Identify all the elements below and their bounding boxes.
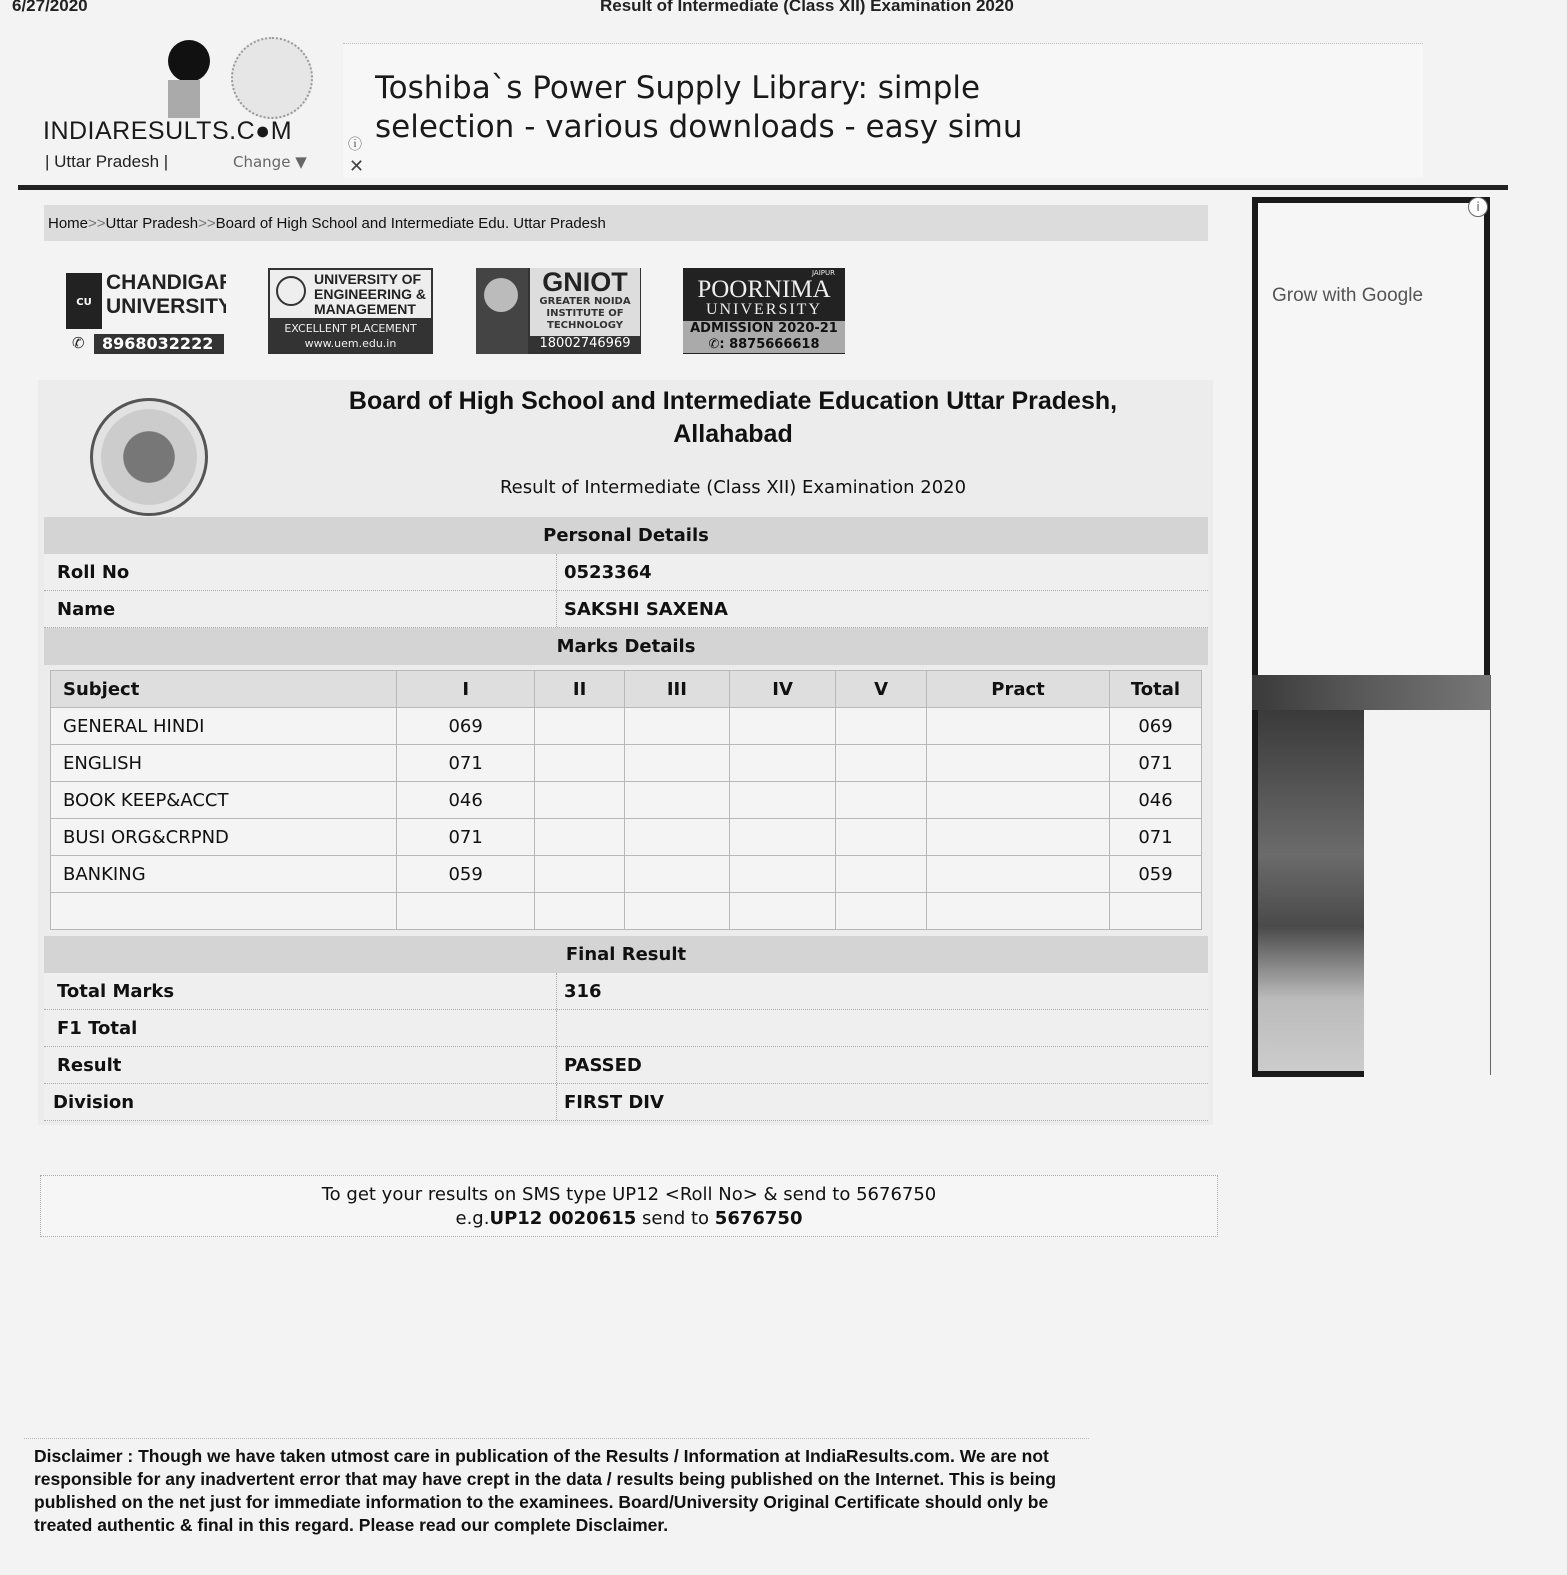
total-marks-value: 316 [564,981,602,1002]
ad-line-1: Toshiba`s Power Supply Library: simple [375,69,1055,108]
marks-cell [535,893,625,930]
subject-cell: GENERAL HINDI [51,708,397,745]
roll-no-row: Roll No 0523364 [44,554,1208,591]
col-subject: Subject [51,671,397,708]
board-title: Board of High School and Intermediate Ed… [278,385,1188,451]
print-header: 6/27/2020 Result of Intermediate (Class … [0,0,1567,20]
marks-row: GENERAL HINDI069069 [51,708,1202,745]
logo-person-body [168,80,200,118]
total-cell: 071 [1110,745,1202,782]
marks-cell [927,856,1110,893]
side-ad-image [1252,710,1364,1077]
total-cell [1110,893,1202,930]
uem-tagline: EXCELLENT PLACEMENT [270,321,431,336]
gniot-name-panel: GNIOT GREATER NOIDA INSTITUTE OF TECHNOL… [530,268,640,336]
ad-line-2: selection - various downloads - easy sim… [375,108,1055,147]
marks-cell [927,893,1110,930]
division-row: Division FIRST DIV [44,1084,1208,1121]
total-cell: 071 [1110,819,1202,856]
uem-line-2: ENGINEERING & [314,287,426,302]
print-title: Result of Intermediate (Class XII) Exami… [600,0,1014,16]
board-title-line-1: Board of High School and Intermediate Ed… [278,385,1188,418]
row-divider [556,591,557,627]
marks-row: ENGLISH071071 [51,745,1202,782]
marks-cell: 071 [397,745,535,782]
sms-example-code: UP12 0020615 [489,1208,636,1229]
marks-cell [927,819,1110,856]
marks-cell [535,745,625,782]
print-date: 6/27/2020 [12,0,88,16]
marks-cell [927,782,1110,819]
uem-band: EXCELLENT PLACEMENT www.uem.edu.in [270,318,431,352]
breadcrumb-home[interactable]: Home [48,215,88,232]
roll-no-value: 0523364 [564,562,652,583]
marks-cell [624,893,729,930]
row-divider [556,1047,557,1083]
col-paper-4: IV [729,671,835,708]
uem-logo-icon [276,276,306,306]
site-header: INDIARESULTS.C●M | Uttar Pradesh | Chang… [18,35,1508,190]
marks-row: BANKING059059 [51,856,1202,893]
total-cell: 059 [1110,856,1202,893]
subject-cell: BUSI ORG&CRPND [51,819,397,856]
total-marks-label: Total Marks [57,981,174,1002]
sponsor-uem[interactable]: UNIVERSITY OF ENGINEERING & MANAGEMENT E… [268,268,433,354]
side-ad-frame [1252,197,1490,710]
disclaimer-link[interactable]: Disclaimer. [576,1515,668,1535]
breadcrumb-separator: >> [198,215,216,232]
marks-cell [624,745,729,782]
change-region-button[interactable]: Change ▼ [233,153,307,171]
disclaimer: Disclaimer : Though we have taken utmost… [24,1438,1089,1546]
marks-cell [836,819,927,856]
marks-cell [624,856,729,893]
gniot-phone: 18002746969 [530,336,640,351]
col-practical: Pract [927,671,1110,708]
marks-cell: 046 [397,782,535,819]
up-map-icon [231,37,313,119]
uem-line-1: UNIVERSITY OF [314,272,426,287]
f1-total-row: F1 Total [44,1010,1208,1047]
marks-cell [729,856,835,893]
poornima-admission-text: ADMISSION 2020-21 [683,321,845,337]
sponsor-poornima[interactable]: JAIPUR POORNIMA UNIVERSITY ADMISSION 202… [683,268,845,354]
marks-cell [535,856,625,893]
side-ad-info-icon[interactable]: i [1468,197,1488,217]
phone-icon: ✆ [72,334,85,352]
side-ad[interactable]: Grow with Google i [1252,197,1490,1077]
sms-info-box: To get your results on SMS type UP12 <Ro… [40,1175,1218,1237]
side-ad-image-strip [1252,675,1490,710]
gniot-emblem-icon [484,278,518,312]
cu-line-1: CHANDIGARH [106,271,226,295]
result-card: Board of High School and Intermediate Ed… [38,380,1213,1125]
division-label: Division [53,1092,134,1113]
poornima-phone: ✆: 8875666618 [683,337,845,353]
marks-cell [927,745,1110,782]
marks-cell [836,893,927,930]
roll-no-label: Roll No [57,562,129,583]
gniot-line-3: TECHNOLOGY [530,320,640,332]
marks-cell [836,782,927,819]
marks-cell: 071 [397,819,535,856]
total-cell: 069 [1110,708,1202,745]
ad-text[interactable]: Toshiba`s Power Supply Library: simple s… [375,69,1055,147]
marks-cell [624,708,729,745]
marks-cell [535,819,625,856]
exam-title: Result of Intermediate (Class XII) Exami… [278,477,1188,498]
subject-cell [51,893,397,930]
sms-example-mid: send to [636,1208,715,1229]
marks-cell [397,893,535,930]
marks-row: BOOK KEEP&ACCT046046 [51,782,1202,819]
marks-cell [729,819,835,856]
sms-example-number: 5676750 [715,1208,803,1229]
marks-cell [535,782,625,819]
breadcrumb-state[interactable]: Uttar Pradesh [106,215,199,232]
sms-example-prefix: e.g. [456,1208,490,1229]
poornima-name: POORNIMA [683,278,845,302]
marks-cell [535,708,625,745]
marks-cell [927,708,1110,745]
marks-details-heading: Marks Details [44,628,1208,665]
result-value: PASSED [564,1055,642,1076]
region-label: | Uttar Pradesh | [45,152,168,172]
marks-cell [729,893,835,930]
name-label: Name [57,599,115,620]
row-divider [556,1010,557,1046]
total-marks-row: Total Marks 316 [44,973,1208,1010]
gniot-line-2: INSTITUTE OF [530,308,640,320]
cu-name: CHANDIGARH UNIVERSITY [106,271,226,319]
poornima-admission: ADMISSION 2020-21 ✆: 8875666618 [683,321,845,353]
row-divider [556,554,557,590]
poornima-univ: UNIVERSITY [683,302,845,318]
personal-details-heading: Personal Details [44,517,1208,554]
col-paper-2: II [535,671,625,708]
uem-name: UNIVERSITY OF ENGINEERING & MANAGEMENT [314,272,426,317]
marks-cell: 069 [397,708,535,745]
col-total: Total [1110,671,1202,708]
marks-cell [624,782,729,819]
marks-cell [836,745,927,782]
subject-cell: BOOK KEEP&ACCT [51,782,397,819]
result-label: Result [57,1055,121,1076]
f1-total-label: F1 Total [57,1018,137,1039]
marks-header-row: Subject I II III IV V Pract Total [51,671,1202,708]
breadcrumb-board[interactable]: Board of High School and Intermediate Ed… [216,215,606,232]
breadcrumb-separator: >> [88,215,106,232]
cu-line-2: UNIVERSITY [106,295,226,319]
marks-table: Subject I II III IV V Pract Total GENERA… [50,670,1202,930]
board-title-line-2: Allahabad [278,418,1188,451]
col-paper-3: III [624,671,729,708]
sponsor-banners: CU CHANDIGARH UNIVERSITY ✆ 8968032222 UN… [66,268,866,358]
sms-line-1: To get your results on SMS type UP12 <Ro… [41,1183,1217,1207]
logo-person-icon [168,40,210,82]
uem-url: www.uem.edu.in [270,336,431,351]
uem-line-3: MANAGEMENT [314,302,426,317]
sms-line-2: e.g.UP12 0020615 send to 5676750 [41,1207,1217,1231]
breadcrumb: Home>>Uttar Pradesh>>Board of High Schoo… [44,205,1208,241]
result-row: Result PASSED [44,1047,1208,1084]
final-result-heading: Final Result [44,936,1208,973]
division-value: FIRST DIV [564,1092,664,1113]
row-divider [556,1084,557,1120]
sponsor-gniot[interactable]: GNIOT GREATER NOIDA INSTITUTE OF TECHNOL… [476,268,641,354]
side-ad-border [1490,675,1491,1075]
marks-row: BUSI ORG&CRPND071071 [51,819,1202,856]
ad-info-icon[interactable]: ⓘ [348,134,362,154]
marks-cell: 059 [397,856,535,893]
total-cell: 046 [1110,782,1202,819]
marks-row [51,893,1202,930]
cu-logo: CU [66,273,102,329]
top-ad-banner[interactable]: Toshiba`s Power Supply Library: simple s… [343,43,1423,178]
gniot-title: GNIOT [530,268,640,296]
gniot-line-1: GREATER NOIDA [530,296,640,308]
row-divider [556,973,557,1009]
marks-cell [624,819,729,856]
marks-cell [729,745,835,782]
col-paper-1: I [397,671,535,708]
marks-cell [836,708,927,745]
col-paper-5: V [836,671,927,708]
up-board-emblem-icon [90,398,208,516]
marks-cell [729,782,835,819]
disclaimer-text: Disclaimer : Though we have taken utmost… [34,1446,1056,1535]
marks-cell [836,856,927,893]
side-ad-text[interactable]: Grow with Google [1272,285,1423,307]
site-logo[interactable]: INDIARESULTS.C●M | Uttar Pradesh | Chang… [43,35,323,185]
marks-cell [729,708,835,745]
subject-cell: BANKING [51,856,397,893]
cu-phone: 8968032222 [94,334,224,354]
sponsor-chandigarh-university[interactable]: CU CHANDIGARH UNIVERSITY ✆ 8968032222 [66,268,226,354]
name-row: Name SAKSHI SAXENA [44,591,1208,628]
site-brand: INDIARESULTS.C●M [43,117,292,146]
ad-close-icon[interactable]: ✕ [349,156,364,177]
name-value: SAKSHI SAXENA [564,599,728,620]
subject-cell: ENGLISH [51,745,397,782]
